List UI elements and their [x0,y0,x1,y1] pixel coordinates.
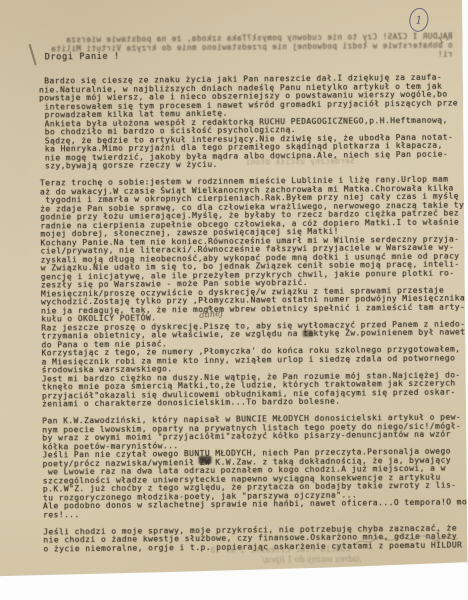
circled-page-number: 1 [408,6,431,33]
ghost-handwriting-squiggle [353,533,459,550]
letter-body: Bardzo się cieszę ze znaku życia jaki Pa… [39,73,468,553]
overtype-smudge [199,456,212,464]
crease-mark [29,44,37,66]
bleedthrough-address-note: /adres ważny do 1 lipca/ [220,554,360,564]
salutation: Drogi Panie ! [45,52,120,63]
scanned-letter-page: { "page": { "circled_number": "1", "penc… [0,0,468,600]
bleedthrough-signoff: Serdeczny uścisk dłoni [235,157,355,167]
letter-paper: BALDUR I CZAS! Czy to nie cudowny pomysł… [0,0,468,581]
overtype-smudge [302,330,313,337]
